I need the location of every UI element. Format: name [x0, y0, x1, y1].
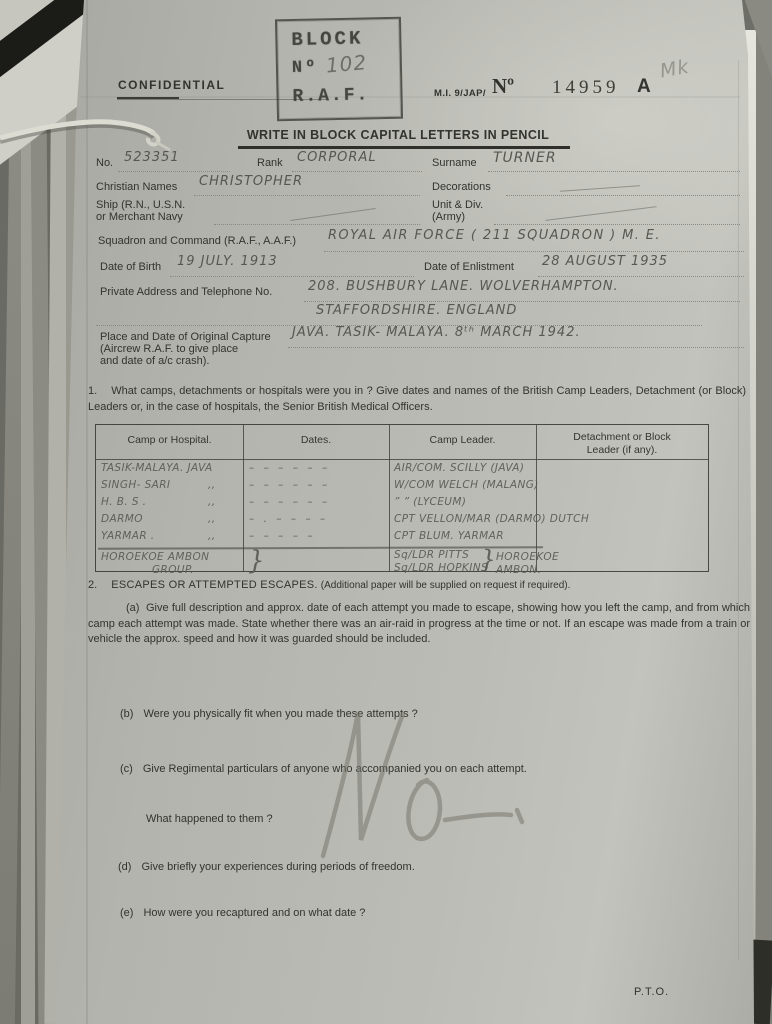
title-underline: [238, 146, 570, 149]
pencil-dash: [560, 185, 640, 192]
decorations-label: Decorations: [432, 181, 491, 193]
brace-glyph: }: [248, 546, 265, 576]
question-2a-label: (a): [126, 602, 139, 614]
surname-label: Surname: [432, 157, 477, 169]
dates-cell: – – – – – –: [249, 479, 330, 491]
header-divider: [96, 459, 708, 460]
stamp-block-label: BLOCK: [291, 27, 363, 51]
ship-label-line1: Ship (R.N., U.S.N.: [96, 199, 185, 211]
question-1-text: What camps, detachments or hospitals wer…: [88, 385, 746, 413]
block-number-stamp: BLOCK Nº 102 R.A.F.: [275, 17, 403, 122]
col-header-leader: Camp Leader.: [389, 434, 536, 446]
private-address-label: Private Address and Telephone No.: [100, 286, 272, 298]
dates-cell: – – – – – –: [249, 462, 330, 474]
capture-label-line2: (Aircrew R.A.F. to give place: [100, 343, 238, 355]
stamp-raf-label: R.A.F.: [292, 85, 369, 107]
unit-div-label-line1: Unit & Div.: [432, 199, 483, 211]
questionnaire-serial-number: 14959: [552, 77, 620, 99]
question-2d-label: (d): [118, 861, 131, 873]
col-header-dates: Dates.: [243, 434, 389, 446]
table-row: YARMAR . ,, – – – – – CPT BLUM. YARMAR: [96, 530, 708, 547]
question-2b-label: (b): [120, 708, 133, 720]
date-of-enlistment-value: 28 AUGUST 1935: [542, 254, 668, 269]
binding-string: [0, 96, 180, 186]
pencil-separator-line: [98, 546, 543, 550]
pencil-no-scrawl: [295, 688, 545, 878]
camp-cell: YARMAR .: [101, 530, 155, 542]
rank-label: Rank: [257, 157, 283, 169]
page-turn-over-mark: P.T.O.: [634, 986, 669, 998]
private-address-value-line1: 208. BUSHBURY LANE. WOLVERHAMPTON.: [308, 279, 619, 294]
leader-cell: CPT BLUM. YARMAR: [394, 530, 504, 542]
pencil-strike: [545, 206, 656, 221]
question-1-number: 1.: [88, 385, 97, 397]
leader-cell: ” ” (LYCEUM): [394, 496, 466, 508]
christian-names-value: CHRISTOPHER: [199, 174, 303, 189]
table-row: SINGH- SARI ,, – – – – – – W/COM WELCH (…: [96, 479, 708, 496]
question-2e-label: (e): [120, 907, 133, 919]
date-of-enlistment-label: Date of Enlistment: [424, 261, 514, 273]
capture-label-line1: Place and Date of Original Capture: [100, 331, 271, 343]
private-address-value-line2: STAFFORDSHIRE. ENGLAND: [316, 303, 517, 318]
question-2-heading: 2.ESCAPES OR ATTEMPTED ESCAPES. (Additio…: [88, 578, 748, 594]
capture-label-line3: and date of a/c crash).: [100, 355, 209, 367]
question-2a-text: Give full description and approx. date o…: [88, 602, 750, 645]
form-instruction-title: WRITE IN BLOCK CAPITAL LETTERS IN PENCIL: [88, 128, 708, 142]
table-row: DARMO ,, – . – – – – CPT VELLON/MAR (DAR…: [96, 513, 708, 530]
camp-cell: H. B. S .: [101, 496, 146, 508]
question-1: 1.What camps, detachments or hospitals w…: [88, 384, 746, 415]
col-header-camp: Camp or Hospital.: [96, 434, 243, 446]
camp-cell: DARMO: [101, 513, 143, 525]
stamp-no-symbol: Nº: [292, 58, 319, 78]
dates-cell: – – – – –: [249, 530, 316, 542]
question-2e-text: How were you recaptured and on what date…: [143, 907, 365, 919]
leader-cell: Sq/LDR HOPKINS: [394, 562, 488, 574]
rank-value: CORPORAL: [297, 150, 377, 165]
squadron-command-label: Squadron and Command (R.A.F., A.A.F.): [98, 235, 296, 247]
surname-value: TURNER: [493, 150, 557, 166]
series-letter: A: [637, 76, 651, 98]
camp-cell: SINGH- SARI: [101, 479, 170, 491]
brace-glyph: }: [480, 545, 496, 574]
ditto-mark: ,,: [208, 513, 215, 525]
ditto-mark: ,,: [208, 530, 215, 542]
unit-div-label-line2: (Army): [432, 211, 465, 223]
squadron-command-value: ROYAL AIR FORCE ( 211 SQUADRON ) M. E.: [328, 228, 661, 243]
pencil-strike: [290, 208, 375, 221]
question-2-note: (Additional paper will be supplied on re…: [321, 580, 571, 591]
camp-cell: GROUP.: [152, 564, 194, 576]
question-2a: (a) Give full description and approx. da…: [88, 601, 750, 648]
background-right: [756, 0, 772, 1024]
group-label: HOROEKOE: [496, 551, 559, 563]
leader-cell: W/COM WELCH (MALANG): [394, 479, 539, 491]
leader-cell: CPT VELLON/MAR (DARMO) DUTCH: [394, 513, 589, 525]
date-of-birth-value: 19 JULY. 1913: [177, 254, 278, 269]
camps-table: Camp or Hospital. Dates. Camp Leader. De…: [95, 424, 709, 572]
camp-cell: TASIK-MALAYA. JAVA: [101, 462, 213, 474]
ditto-mark: ,,: [208, 479, 215, 491]
ship-label-line2: or Merchant Navy: [96, 211, 183, 223]
table-row: TASIK-MALAYA. JAVA – – – – – – AIR/COM. …: [96, 462, 708, 479]
dates-cell: – – – – – –: [249, 496, 330, 508]
question-2c-label: (c): [120, 763, 133, 775]
question-2c-followup: What happened to them ?: [146, 812, 273, 828]
group-label: AMBON.: [496, 564, 541, 576]
number-symbol: Nº: [492, 74, 514, 99]
date-of-birth-label: Date of Birth: [100, 261, 161, 273]
leader-cell: Sq/LDR PITTS: [394, 549, 469, 561]
question-2-title: ESCAPES OR ATTEMPTED ESCAPES.: [111, 579, 318, 591]
question-2c-followup-text: What happened to them ?: [146, 813, 273, 825]
scanned-document-photo: CONFIDENTIAL BLOCK Nº 102 R.A.F. M.I. 9/…: [0, 0, 772, 1024]
stamp-block-number-handwritten: 102: [325, 50, 368, 78]
dates-cell: – . – – – –: [249, 513, 328, 525]
leader-cell: AIR/COM. SCILLY (JAVA): [394, 462, 524, 474]
ditto-mark: ,,: [208, 496, 215, 508]
question-2e: (e)How were you recaptured and on what d…: [120, 906, 365, 922]
question-2-number: 2.: [88, 579, 97, 591]
table-row: H. B. S . ,, – – – – – – ” ” (LYCEUM): [96, 496, 708, 513]
col-header-block-line1: Detachment or Block: [536, 431, 708, 443]
camp-cell: HOROEKOE AMBON: [101, 551, 209, 563]
pencil-initials: Mk: [658, 56, 691, 83]
confidential-marking: CONFIDENTIAL: [118, 78, 225, 92]
mi9-reference-prefix: M.I. 9/JAP/: [434, 88, 486, 99]
col-header-block-line2: Leader (if any).: [536, 444, 708, 456]
capture-value: JAVA. TASIK- MALAYA. 8ᵗʰ MARCH 1942.: [292, 325, 581, 340]
